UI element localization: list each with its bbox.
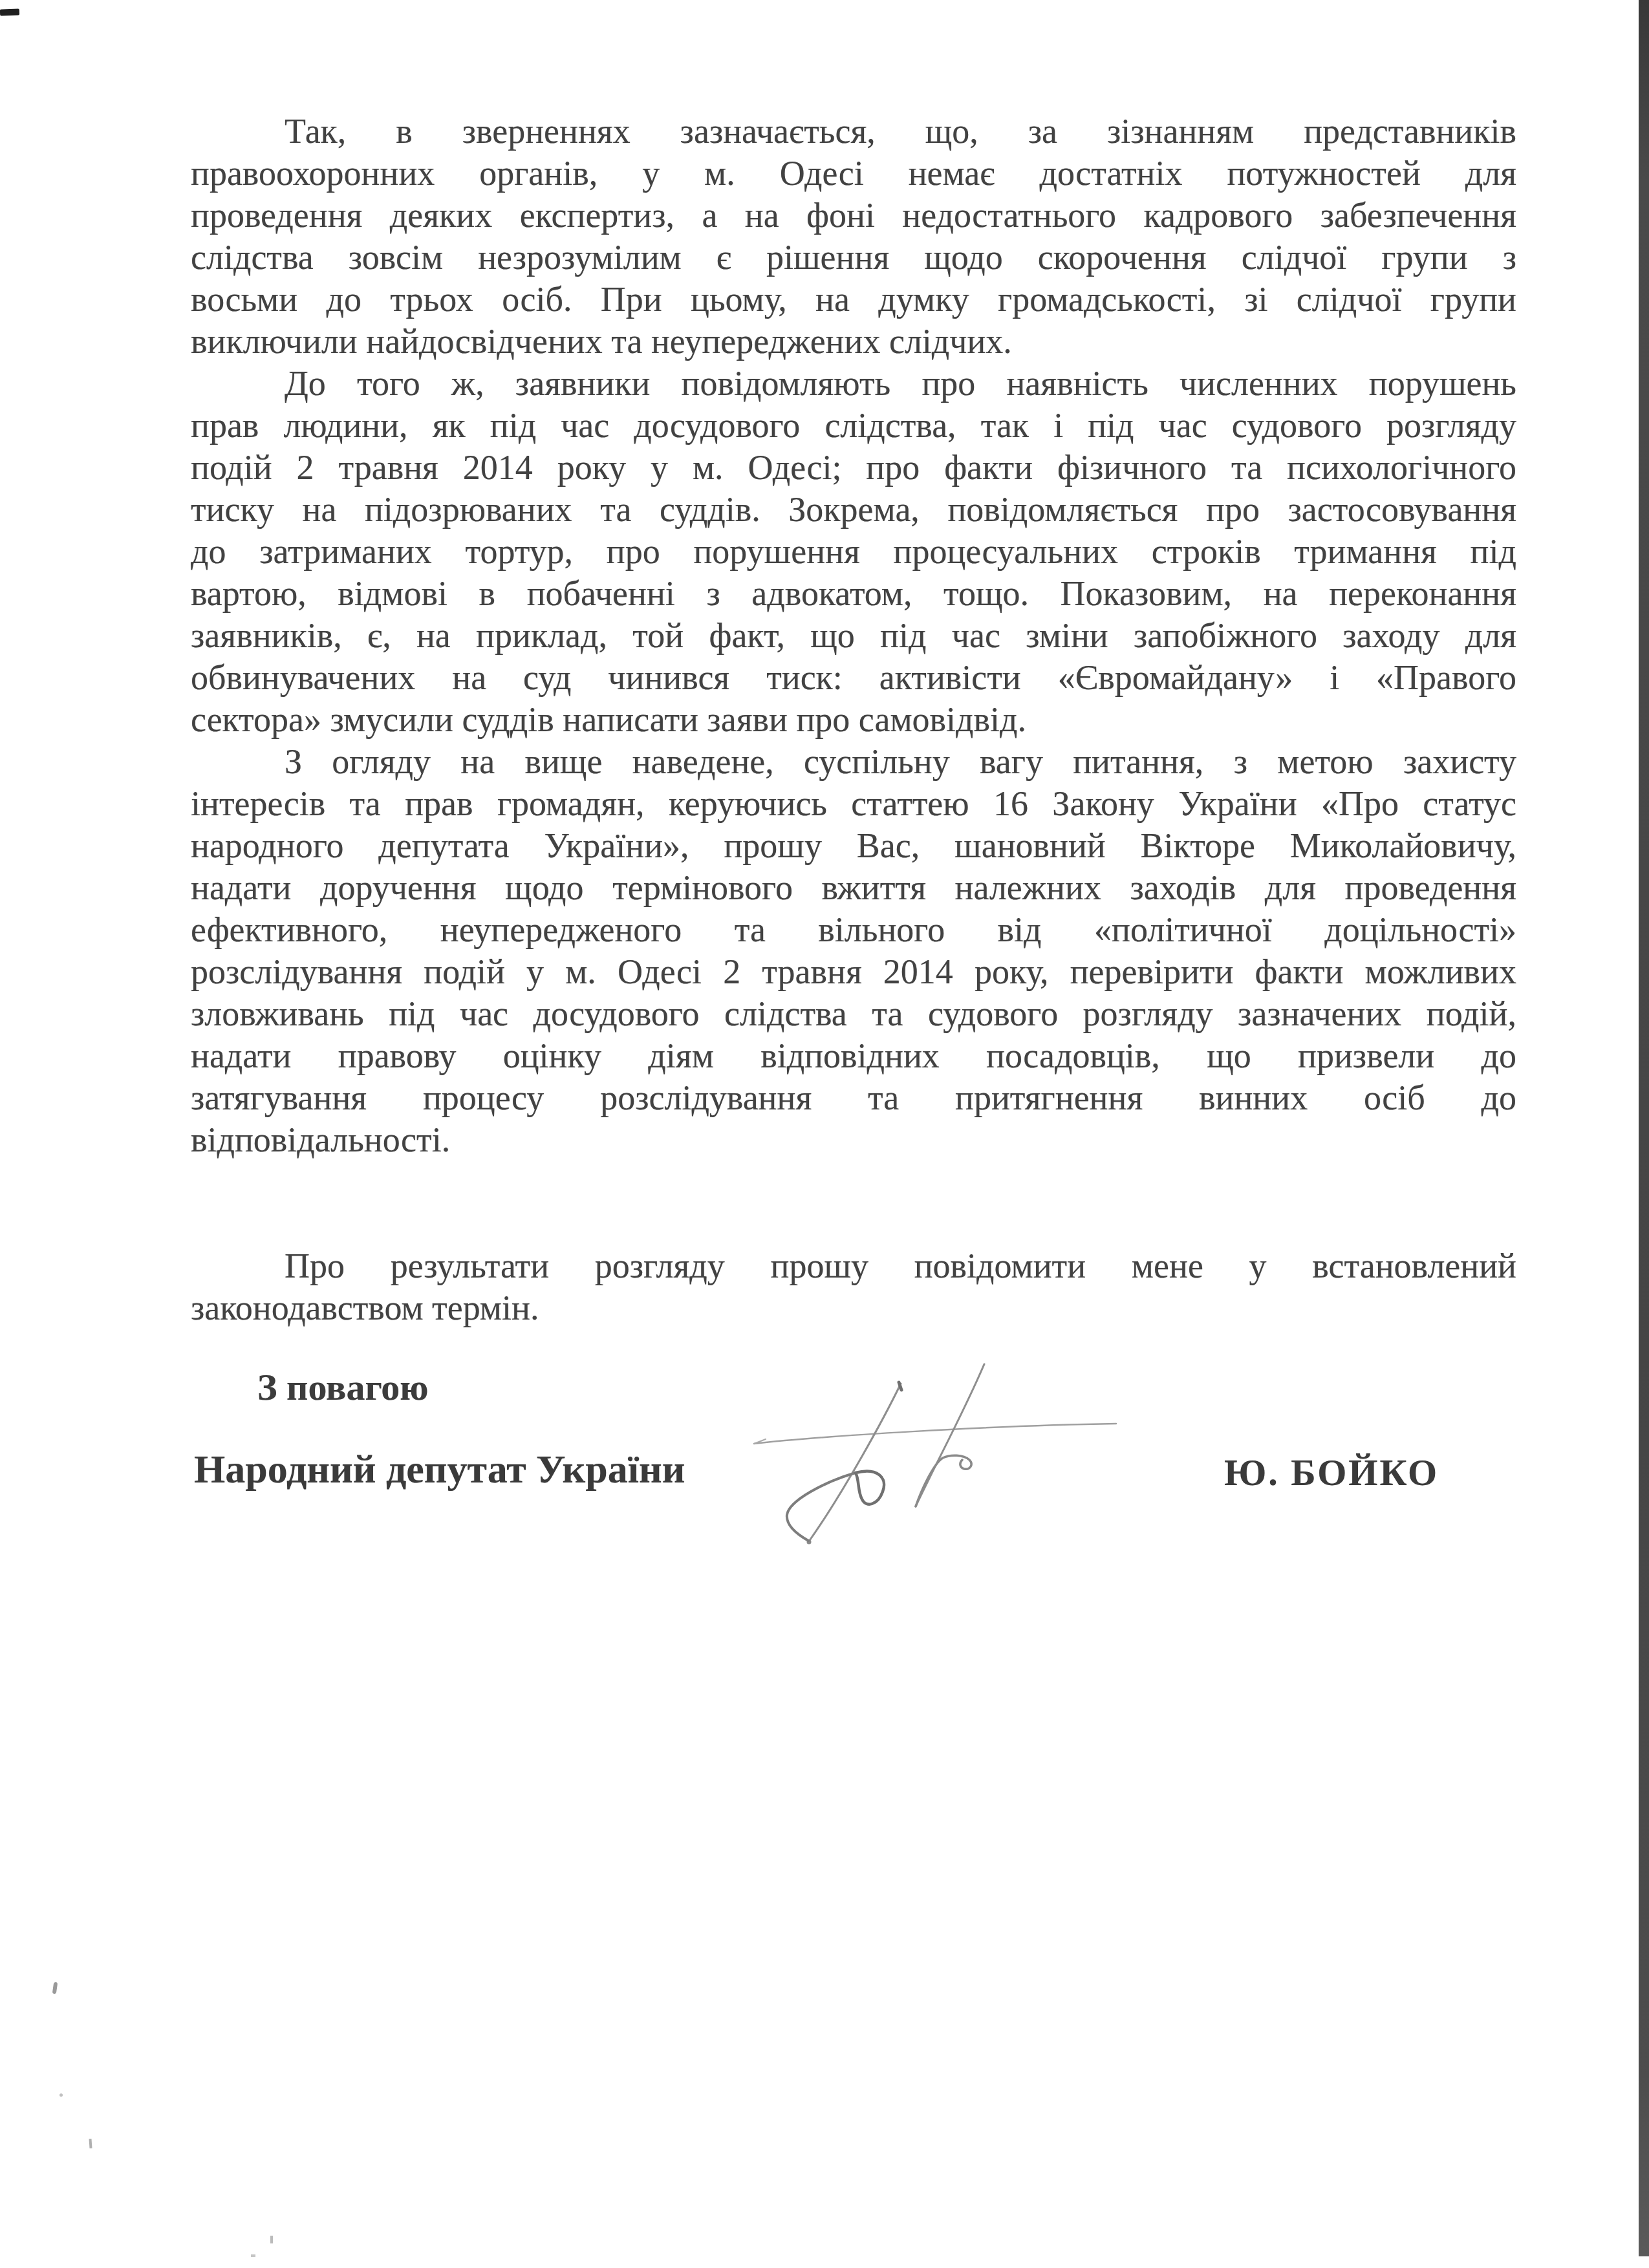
body-line: до затриманих тортур, про порушення проц… [191,531,1516,573]
letter-body: Так, в зверненнях зазначається, що, за з… [191,111,1516,1329]
body-line: обвинувачених на суд чинився тиск: актив… [191,657,1516,699]
body-line: вартою, відмові в побаченні з адвокатом,… [191,573,1516,615]
body-line: тиску на підозрюваних та суддів. Зокрема… [191,489,1516,531]
body-line: ефективного, неупередженого та вільного … [191,909,1516,951]
body-line: слідства зовсім незрозумілим є рішення щ… [191,237,1516,279]
scan-speck [89,2139,92,2148]
body-line: відповідальності. [191,1119,1516,1161]
scan-corner-mark [0,8,19,16]
body-line: З огляду на вище наведене, суспільну ваг… [191,741,1516,783]
body-line: розслідування подій у м. Одесі 2 травня … [191,951,1516,993]
scan-edge-strip [1639,0,1649,2256]
body-line: зловживань під час досудового слідства т… [191,993,1516,1035]
body-line: Про результати розгляду прошу повідомити… [191,1245,1516,1287]
scanned-letter-page: Так, в зверненнях зазначається, що, за з… [0,0,1649,2268]
scan-speck [59,2093,63,2097]
body-line: виключили найдосвідчених та неупереджени… [191,321,1516,363]
body-line: надати правову оцінку діям відповідних п… [191,1035,1516,1077]
body-line: правоохоронних органів, у м. Одесі немає… [191,153,1516,195]
handwritten-signature [744,1358,1164,1590]
signature-icon [744,1358,1164,1590]
signer-position: Народний депутат України [194,1447,685,1493]
signer-name: Ю. БОЙКО [1224,1451,1439,1494]
body-line: заявників, є, на приклад, той факт, що п… [191,615,1516,657]
body-line: затягування процесу розслідування та при… [191,1077,1516,1119]
scan-speck [52,1982,58,1995]
body-line: народного депутата України», прошу Вас, … [191,825,1516,867]
body-line: сектора» змусили суддів написати заяви п… [191,699,1516,741]
scan-speck [270,2236,273,2243]
scan-speck [251,2254,255,2257]
body-line: Так, в зверненнях зазначається, що, за з… [191,111,1516,153]
body-line: законодавством термін. [191,1287,1516,1329]
body-line: надати доручення щодо термінового вжиття… [191,867,1516,909]
paragraph: Так, в зверненнях зазначається, що, за з… [191,111,1516,363]
body-line: подій 2 травня 2014 року у м. Одесі; про… [191,447,1516,489]
body-line: прав людини, як під час досудового слідс… [191,405,1516,447]
paragraph: Про результати розгляду прошу повідомити… [191,1245,1516,1329]
paragraph: До того ж, заявники повідомляють про ная… [191,363,1516,741]
body-line: інтересів та прав громадян, керуючись ст… [191,783,1516,825]
body-line: восьми до трьох осіб. При цьому, на думк… [191,279,1516,321]
paragraph: З огляду на вище наведене, суспільну ваг… [191,741,1516,1161]
body-line: проведення деяких експертиз, а на фоні н… [191,195,1516,237]
closing-regards: З повагою [257,1365,429,1409]
body-line: До того ж, заявники повідомляють про ная… [191,363,1516,405]
